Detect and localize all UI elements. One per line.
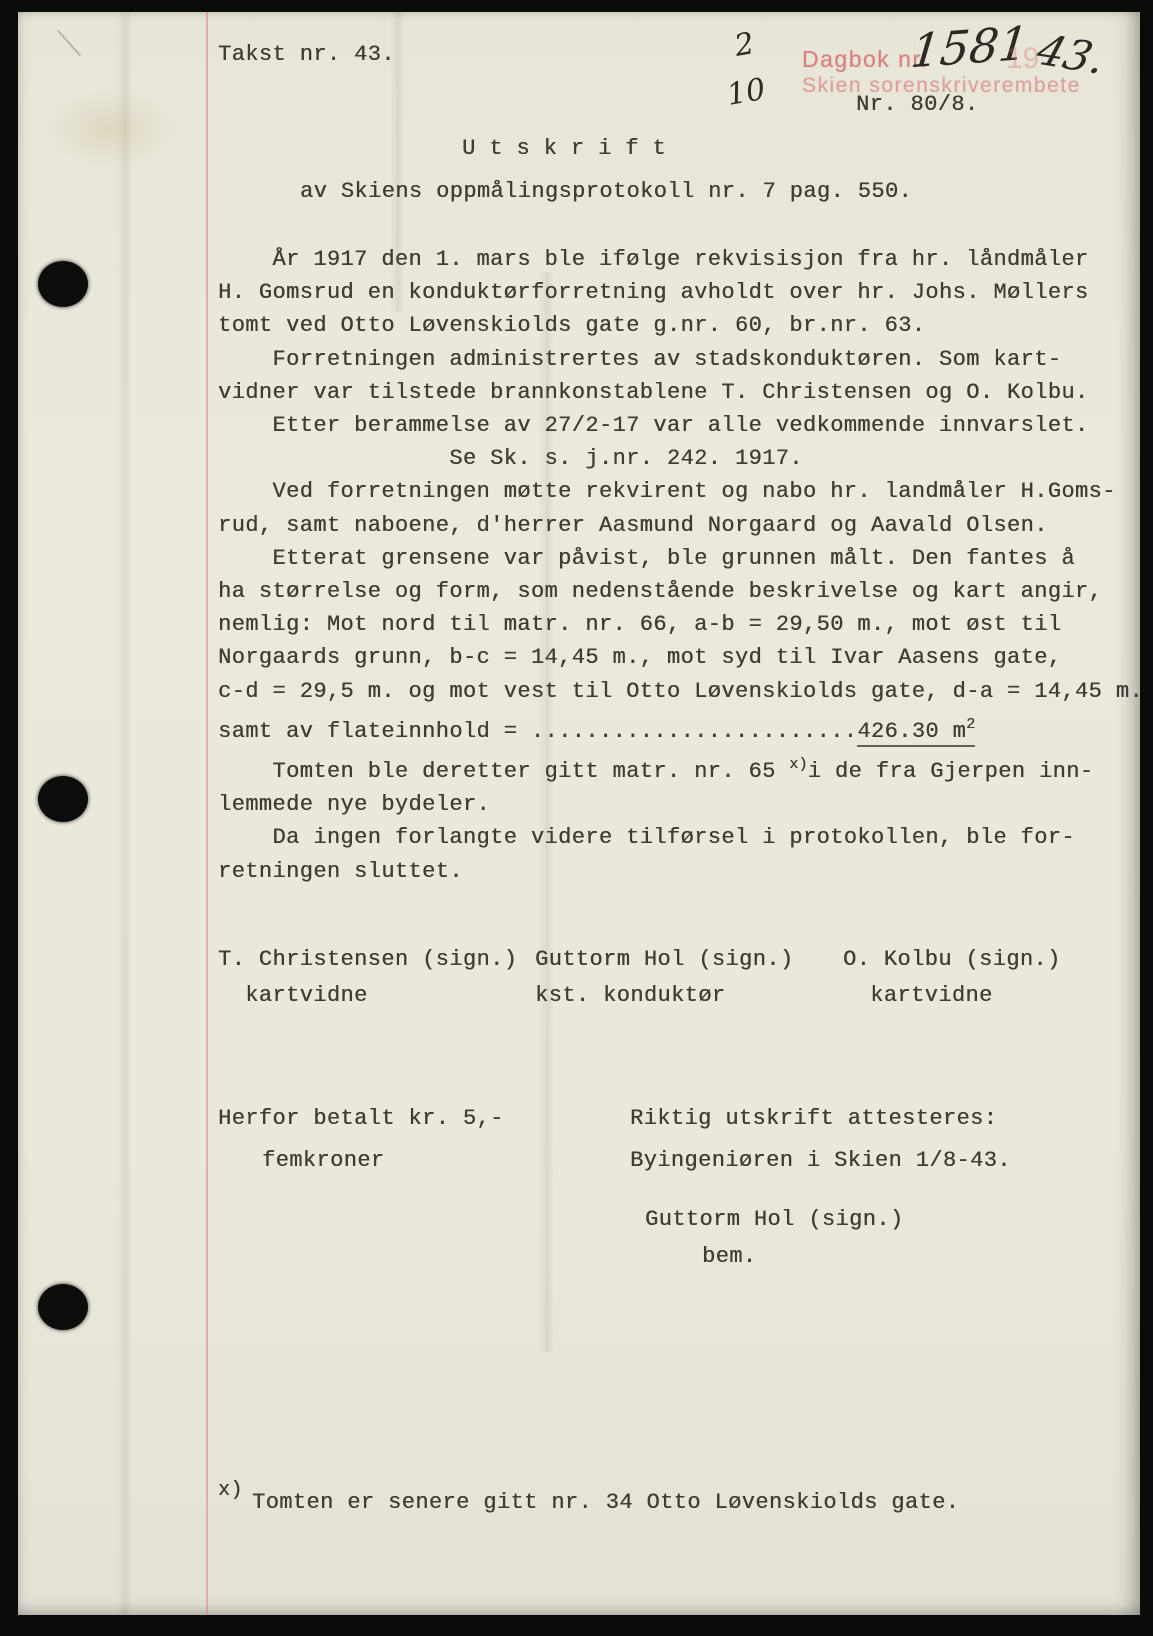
page-title: U t s k r i f t (462, 132, 666, 165)
area-prefix: samt av flateinnhold = (218, 719, 531, 744)
matr-suffix: i de fra Gjerpen inn- (808, 759, 1094, 784)
signature-block-christensen: T. Christensen (sign.) kartvidne (218, 942, 517, 1014)
body-line: retningen sluttet. (218, 855, 1140, 888)
payment-amount-words: femkroner (218, 1140, 504, 1182)
paper-stain (46, 90, 176, 168)
takst-number: Takst nr. 43. (218, 38, 395, 71)
body-line-area-total: samt av flateinnhold = .................… (218, 708, 1140, 748)
attestation-title: bem. (702, 1240, 756, 1273)
corner-fold-mark (57, 30, 81, 57)
attestation-block: Riktig utskrift attesteres: Byingeniøren… (630, 1098, 1011, 1182)
fraction-numerator: 2 (733, 28, 773, 60)
document-page: Takst nr. 43. 2 10 Dagbok nr. 1581 19 43… (18, 12, 1140, 1615)
body-line: lemmede nye bydeler. (218, 788, 1140, 821)
dotted-leader: ........................ (531, 719, 857, 744)
payment-note: Herfor betalt kr. 5,- femkroner (218, 1098, 504, 1182)
body-line: År 1917 den 1. mars ble ifølge rekvisisj… (218, 243, 1140, 276)
area-value-underlined: 426.30 m2 (857, 719, 975, 747)
footnote-reference-mark: x) (789, 756, 807, 773)
body-line: H. Gomsrud en konduktørforretning avhold… (218, 276, 1140, 309)
page-subtitle: av Skiens oppmålingsprotokoll nr. 7 pag.… (300, 175, 912, 208)
signature-name: Guttorm Hol (sign.) (535, 942, 793, 978)
attestation-signature: Guttorm Hol (sign.) (645, 1203, 903, 1236)
fraction-denominator: 10 (725, 74, 781, 109)
signature-role: kartvidne (218, 978, 517, 1014)
body-line: Se Sk. s. j.nr. 242. 1917. (218, 442, 1140, 475)
attestation-place-date: Byingeniøren i Skien 1/8-43. (630, 1140, 1011, 1182)
body-line: Forretningen administrertes av stadskond… (218, 343, 1140, 376)
body-line: Ved forretningen møtte rekvirent og nabo… (218, 475, 1140, 508)
signature-block-kolbu: O. Kolbu (sign.) kartvidne (843, 942, 1061, 1014)
signature-role: kartvidne (843, 978, 1061, 1014)
body-text: År 1917 den 1. mars ble ifølge rekvisisj… (218, 243, 1140, 888)
signature-role: kst. konduktør (535, 978, 793, 1014)
signature-name: O. Kolbu (sign.) (843, 942, 1061, 978)
body-line: rud, samt naboene, d'herrer Aasmund Norg… (218, 509, 1140, 542)
body-line: Etter berammelse av 27/2-17 var alle ved… (218, 409, 1140, 442)
body-line: vidner var tilstede brannkonstablene T. … (218, 376, 1140, 409)
body-line: Da ingen forlangte videre tilførsel i pr… (218, 821, 1140, 854)
red-margin-line (206, 12, 208, 1615)
document-number: Nr. 80/8. (856, 88, 978, 121)
signature-block-hol: Guttorm Hol (sign.) kst. konduktør (535, 942, 793, 1014)
area-value: 426.30 m (857, 719, 966, 744)
punch-hole (38, 1284, 88, 1330)
body-line-matr-number: Tomten ble deretter gitt matr. nr. 65 x)… (218, 748, 1140, 788)
matr-prefix: Tomten ble deretter gitt matr. nr. 65 (218, 759, 789, 784)
footnote-marker: x) (218, 1474, 243, 1507)
body-line: tomt ved Otto Løvenskiolds gate g.nr. 60… (218, 309, 1140, 342)
paper-crease (116, 12, 132, 1615)
area-superscript: 2 (966, 716, 975, 733)
signature-name: T. Christensen (sign.) (218, 942, 517, 978)
body-line: c-d = 29,5 m. og mot vest til Otto Løven… (218, 675, 1140, 708)
punch-hole (38, 261, 88, 307)
punch-hole (38, 776, 88, 822)
body-line: Etterat grensene var påvist, ble grunnen… (218, 542, 1140, 575)
footnote-text: Tomten er senere gitt nr. 34 Otto Løvens… (252, 1486, 959, 1519)
photo-background: Takst nr. 43. 2 10 Dagbok nr. 1581 19 43… (0, 0, 1153, 1636)
attestation-line: Riktig utskrift attesteres: (630, 1098, 1011, 1140)
body-line: nemlig: Mot nord til matr. nr. 66, a-b =… (218, 608, 1140, 641)
payment-line: Herfor betalt kr. 5,- (218, 1098, 504, 1140)
handwritten-date-fraction: 2 10 (717, 28, 781, 109)
body-line: ha størrelse og form, som nedenstående b… (218, 575, 1140, 608)
body-line: Norgaards grunn, b-c = 14,45 m., mot syd… (218, 641, 1140, 674)
